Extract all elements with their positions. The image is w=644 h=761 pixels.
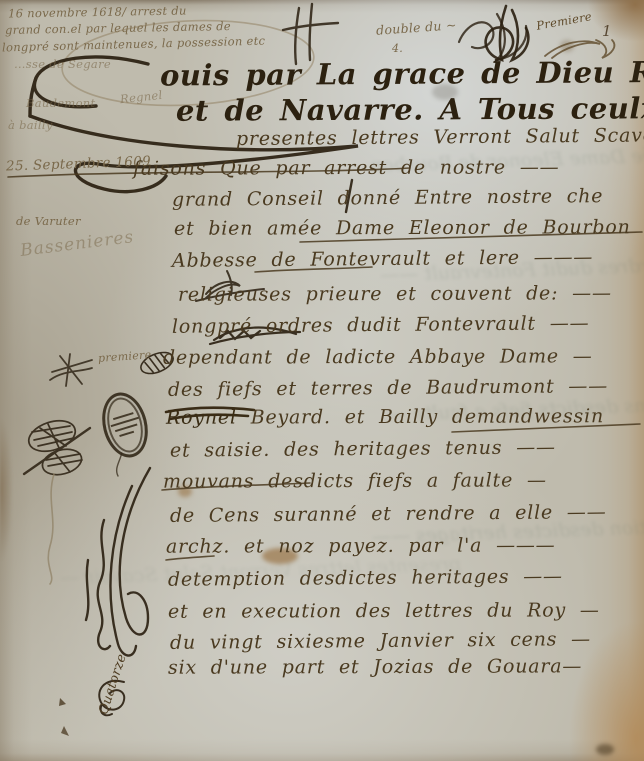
margin-date-note: 25. Septembre 1609 [6,153,151,174]
manuscript-heading-line: ouis par La grace de Dieu Roy de France [160,53,644,92]
pen-cross-mark [283,4,338,64]
top-margin-note-line-3: longpré sont maintenues, la possession e… [2,34,266,55]
manuscript-line-with-strikethrough: Roynel Beyard. et Bailly demandwessin [166,405,604,429]
star-scribble [50,354,92,386]
struck-word: Roynel [166,407,237,429]
manuscript-line: et en execution des lettres du Roy — [168,599,600,623]
manuscript-line: mouvans desdicts fiefs a faulte — [163,469,547,492]
four-mark: 4. [392,42,403,55]
line-remainder: Beyard. et Bailly demandwessin [251,405,604,428]
manuscript-line: Abbesse de Fontevrault et lere ——— [172,246,593,272]
monogram-flourish-2 [486,6,529,60]
manuscript-line: presentes lettres Verront Salut Scavoir … [236,124,644,150]
ink-stain [560,40,574,52]
manuscript-page: et bien amée Dame Eleonor de Bourbon lon… [0,0,644,761]
manuscript-line: et bien amée Dame Eleonor de Bourbon [174,216,631,240]
manuscript-line: dependant de ladicte Abbaye Dame — [163,345,593,368]
tiny-mark-1 [59,698,66,706]
manuscript-line: faisons Que par arrest de nostre —— [133,156,559,179]
manuscript-line: six d'une part et Jozias de Gouara— [168,655,582,678]
ink-stain [596,744,614,755]
margin-premiere-note: premiere [98,348,152,365]
margin-varuter-note: de Varuter [16,214,81,228]
manuscript-line: des fiefs et terres de Baudrumont —— [168,375,608,401]
manuscript-line: longpré ordres dudit Fontevrault —— [172,312,590,338]
signature-flourish [86,468,150,656]
top-margin-note-faded-4: à bailly [8,118,53,132]
manuscript-line: archz. et noz payez. par l'a ——— [166,534,556,557]
manuscript-line: du vingt sixiesme Janvier six cens — [170,628,591,654]
top-margin-note-line-2: grand con.el par lequel les dames de [5,19,231,37]
manuscript-heading-line: et de Navarre. A Tous ceulx qui ces — [176,90,644,127]
margin-quatorze-note: Quatorze [96,652,130,717]
margin-signature: Bassenieres [19,227,135,261]
manuscript-line: grand Conseil donné Entre nostre che [172,185,603,211]
hatch-blob [24,415,90,478]
top-margin-note-faded-3: Regnel [119,88,163,106]
monogram-flourish-1 [459,14,526,60]
tiny-mark-2 [61,726,69,736]
top-margin-note-line-1: 16 novembre 1618/ arrest du [8,3,187,20]
manuscript-line: de Cens suranné et rendre a elle —— [170,501,607,527]
manuscript-line: et saisie. des heritages tenus —— [170,436,556,461]
left-edge-tear [0,415,16,565]
archive-stamp [96,388,155,463]
faded-vertical-scrawl [48,474,54,584]
manuscript-line: religieuses prieure et couvent de: —— [178,282,612,306]
top-margin-note-faded-2: Baudemont [26,96,95,110]
manuscript-line: detemption desdictes heritages —— [168,565,563,590]
page-number: 1 [602,22,612,40]
double-note: double du ~ [376,17,458,38]
top-margin-note-faded-1: …sse de Segare [14,57,111,71]
